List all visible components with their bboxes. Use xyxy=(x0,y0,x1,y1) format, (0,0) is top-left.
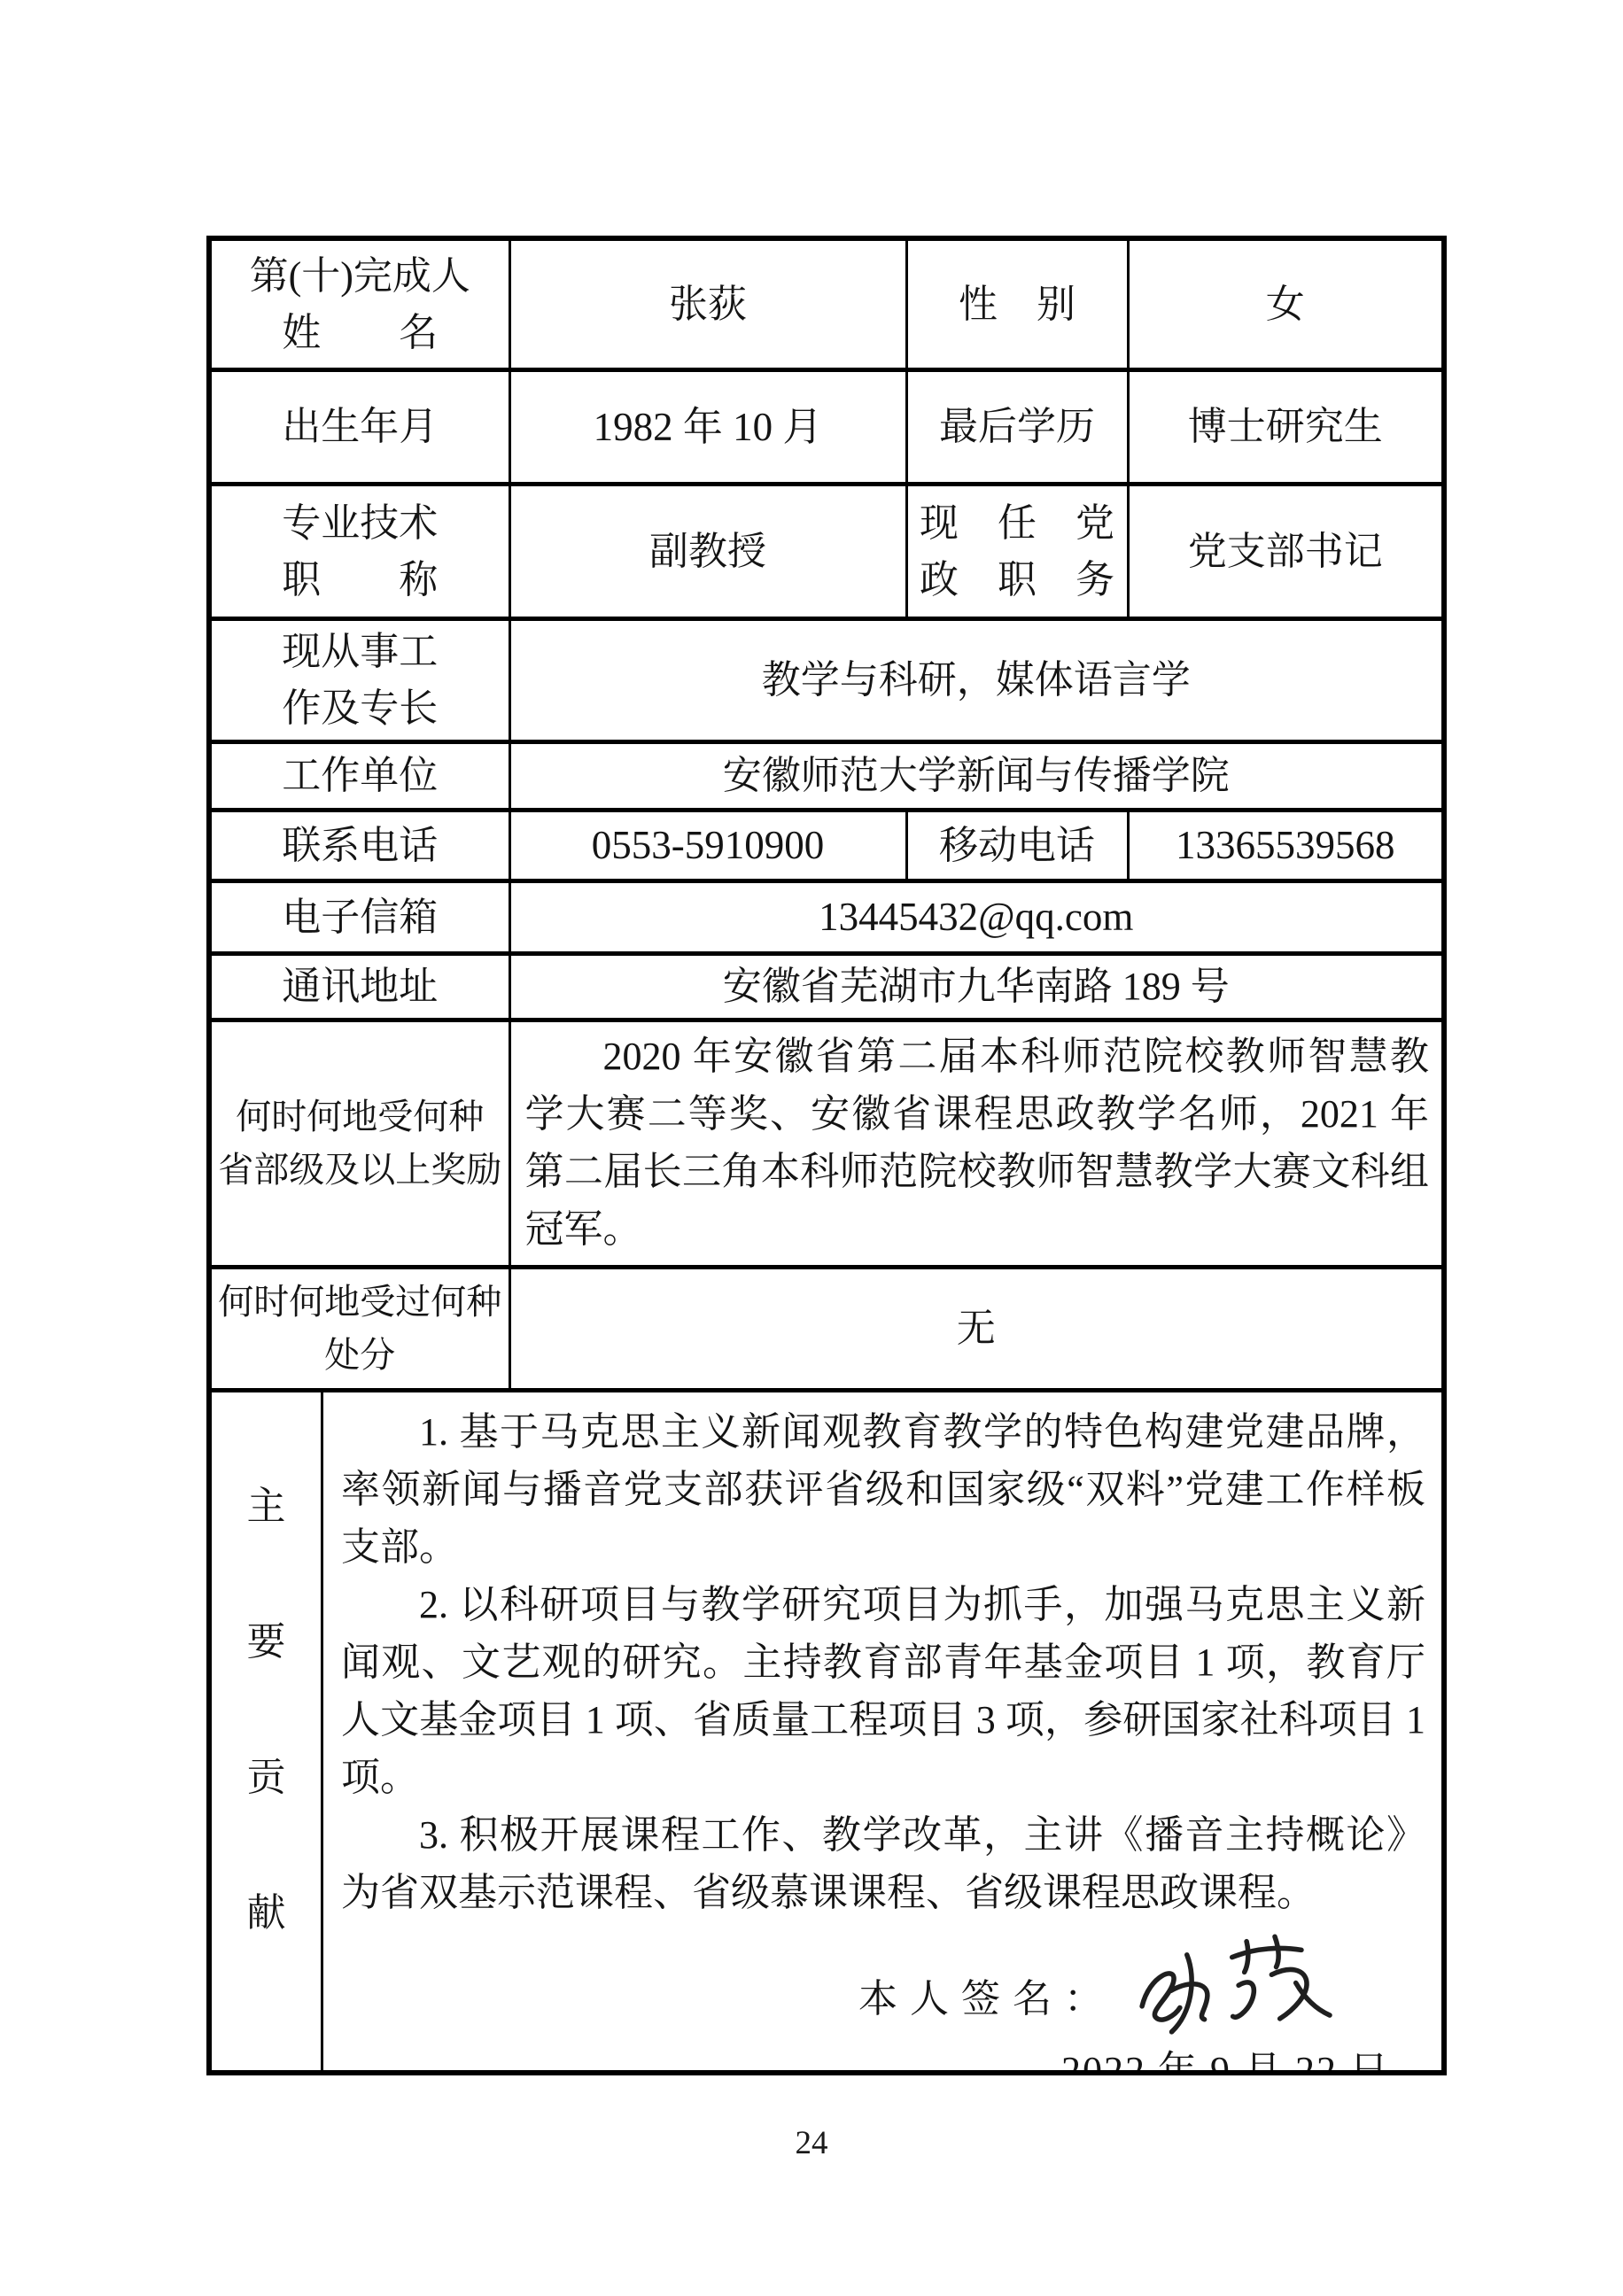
contribution-label-char: 要 xyxy=(247,1610,286,1666)
field-value-education: 博士研究生 xyxy=(1128,370,1444,485)
row-awards: 何时何地受何种 省部级及以上奖励 2020 年安徽省第二届本科师范院校教师智慧教… xyxy=(209,1020,1444,1268)
row-title-position: 专业技术 职 称 副教授 现 任 党 政 职 务 党支部书记 xyxy=(209,485,1444,619)
field-label-work-unit: 工作单位 xyxy=(209,742,509,811)
field-value-contact-phone: 0553-5910900 xyxy=(509,811,906,881)
contribution-paragraph-2: 2. 以科研项目与教学研究项目为抓手，加强马克思主义新闻观、文艺观的研究。主持教… xyxy=(341,1576,1425,1806)
field-value-professional-title: 副教授 xyxy=(509,485,906,619)
contribution-paragraph-3: 3. 积极开展课程工作、教学改革，主讲《播音主持概论》为省双基示范课程、省级慕课… xyxy=(341,1806,1425,1921)
field-value-gender: 女 xyxy=(1128,238,1444,370)
field-label-punishment: 何时何地受过何种 处分 xyxy=(209,1268,509,1391)
contribution-label-char: 献 xyxy=(247,1881,286,1937)
row-specialty: 现从事工 作及专长 教学与科研，媒体语言学 xyxy=(209,619,1444,742)
field-value-main-contribution: 1. 基于马克思主义新闻观教育教学的特色构建党建品牌，率领新闻与播音党支部获评省… xyxy=(323,1392,1441,2070)
row-birth-education: 出生年月 1982 年 10 月 最后学历 博士研究生 xyxy=(209,370,1444,485)
field-value-party-position: 党支部书记 xyxy=(1128,485,1444,619)
contribution-paragraph-1: 1. 基于马克思主义新闻观教育教学的特色构建党建品牌，率领新闻与播音党支部获评省… xyxy=(341,1403,1425,1576)
field-label-name: 第(十)完成人 姓 名 xyxy=(209,238,509,370)
field-label-awards: 何时何地受何种 省部级及以上奖励 xyxy=(209,1020,509,1268)
field-value-punishment: 无 xyxy=(509,1268,1444,1391)
field-label-birth: 出生年月 xyxy=(209,370,509,485)
row-name-gender: 第(十)完成人 姓 名 张荻 性 别 女 xyxy=(209,238,1444,370)
completion-person-form: 第(十)完成人 姓 名 张荻 性 别 女 出生年月 1982 年 10 月 最后… xyxy=(206,236,1447,2075)
field-value-birth: 1982 年 10 月 xyxy=(509,370,906,485)
field-value-mobile-phone: 13365539568 xyxy=(1128,811,1444,881)
row-punishment: 何时何地受过何种 处分 无 xyxy=(209,1268,1444,1391)
field-label-party-position: 现 任 党 政 职 务 xyxy=(906,485,1128,619)
field-value-work-unit: 安徽师范大学新闻与传播学院 xyxy=(509,742,1444,811)
field-label-address: 通讯地址 xyxy=(209,954,509,1020)
field-value-name: 张荻 xyxy=(509,238,906,370)
row-address: 通讯地址 安徽省芜湖市九华南路 189 号 xyxy=(209,954,1444,1020)
row-main-contribution: 主 要 贡 献 1. 基于马克思主义新闻观教育教学的特色构建党建品牌，率领新闻与… xyxy=(209,1391,1444,2074)
contribution-label-char: 主 xyxy=(247,1474,286,1531)
field-label-education: 最后学历 xyxy=(906,370,1128,485)
field-label-mobile-phone: 移动电话 xyxy=(906,811,1128,881)
signature-handwriting xyxy=(1121,1927,1344,2044)
main-contribution-wrap: 主 要 贡 献 1. 基于马克思主义新闻观教育教学的特色构建党建品牌，率领新闻与… xyxy=(212,1392,1441,2070)
row-phones: 联系电话 0553-5910900 移动电话 13365539568 xyxy=(209,811,1444,881)
signature-label: 本人签名： xyxy=(858,1970,1115,2028)
page-number: 24 xyxy=(0,2124,1623,2162)
field-label-gender: 性 别 xyxy=(906,238,1128,370)
field-label-contact-phone: 联系电话 xyxy=(209,811,509,881)
document-page: 第(十)完成人 姓 名 张荻 性 别 女 出生年月 1982 年 10 月 最后… xyxy=(0,0,1623,2296)
field-value-email: 13445432@qq.com xyxy=(509,881,1444,954)
signature-line: 本人签名： xyxy=(341,1959,1425,2028)
signature-date: 2022 年 9 月 22 日 xyxy=(341,2042,1425,2073)
main-contribution-cell: 主 要 贡 献 1. 基于马克思主义新闻观教育教学的特色构建党建品牌，率领新闻与… xyxy=(209,1391,1444,2074)
contribution-label-char: 贡 xyxy=(247,1745,286,1802)
row-email: 电子信箱 13445432@qq.com xyxy=(209,881,1444,954)
field-value-specialty: 教学与科研，媒体语言学 xyxy=(509,619,1444,742)
field-value-address: 安徽省芜湖市九华南路 189 号 xyxy=(509,954,1444,1020)
row-work-unit: 工作单位 安徽师范大学新闻与传播学院 xyxy=(209,742,1444,811)
field-label-specialty: 现从事工 作及专长 xyxy=(209,619,509,742)
field-label-email: 电子信箱 xyxy=(209,881,509,954)
field-label-main-contribution: 主 要 贡 献 xyxy=(212,1392,323,2070)
field-value-awards: 2020 年安徽省第二届本科师范院校教师智慧教学大赛二等奖、安徽省课程思政教学名… xyxy=(509,1020,1444,1268)
field-label-professional-title: 专业技术 职 称 xyxy=(209,485,509,619)
